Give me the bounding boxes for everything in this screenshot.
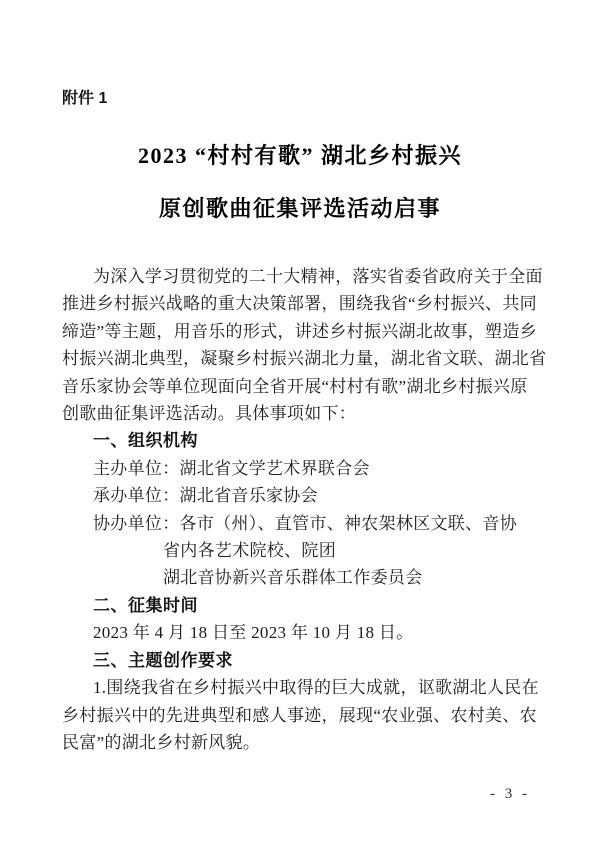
document-page: 附件 1 2023 “村村有歌” 湖北乡村振兴 原创歌曲征集评选活动启事 为深入… <box>0 0 600 848</box>
coorganizer-cont-line: 湖北音协新兴音乐群体工作委员会 <box>62 564 537 591</box>
collection-period-line: 2023 年 4 月 18 日至 2023 年 10 月 18 日。 <box>62 619 537 646</box>
section3-line: 民富”的湖北乡村新风貌。 <box>62 729 537 756</box>
intro-line: 音乐家协会等单位现面向全省开展“村村有歌”湖北乡村振兴原 <box>62 373 537 400</box>
coorganizer-cont-line: 省内各艺术院校、院团 <box>62 537 537 564</box>
host-unit-line: 主办单位：湖北省文学艺术界联合会 <box>62 455 537 482</box>
section3-heading: 三、主题创作要求 <box>62 647 537 674</box>
intro-line: 推进乡村振兴战略的重大决策部署，围绕我省“乡村振兴、共同 <box>62 290 537 317</box>
document-body: 为深入学习贯彻党的二十大精神，落实省委省政府关于全面 推进乡村振兴战略的重大决策… <box>62 263 537 756</box>
section3-line: 乡村振兴中的先进典型和感人事迹，展现“农业强、农村美、农 <box>62 702 537 729</box>
intro-line: 村振兴湖北典型，凝聚乡村振兴湖北力量，湖北省文联、湖北省 <box>62 345 537 372</box>
attachment-label: 附件 1 <box>62 90 600 108</box>
doc-title-line2: 原创歌曲征集评选活动启事 <box>0 197 600 221</box>
intro-line: 为深入学习贯彻党的二十大精神，落实省委省政府关于全面 <box>62 263 537 290</box>
doc-title-line1: 2023 “村村有歌” 湖北乡村振兴 <box>0 144 600 168</box>
section1-heading: 一、组织机构 <box>62 427 537 454</box>
section2-heading: 二、征集时间 <box>62 592 537 619</box>
intro-line: 创歌曲征集评选活动。具体事项如下： <box>62 400 537 427</box>
page-number: - 3 - <box>490 786 530 802</box>
intro-line: 缔造”等主题，用音乐的形式，讲述乡村振兴湖北故事，塑造乡 <box>62 318 537 345</box>
coorganizer-unit-line: 协办单位：各市（州）、直管市、神农架林区文联、音协 <box>62 510 537 537</box>
organizer-unit-line: 承办单位：湖北省音乐家协会 <box>62 482 537 509</box>
section3-line: 1.围绕我省在乡村振兴中取得的巨大成就，讴歌湖北人民在 <box>62 674 537 701</box>
